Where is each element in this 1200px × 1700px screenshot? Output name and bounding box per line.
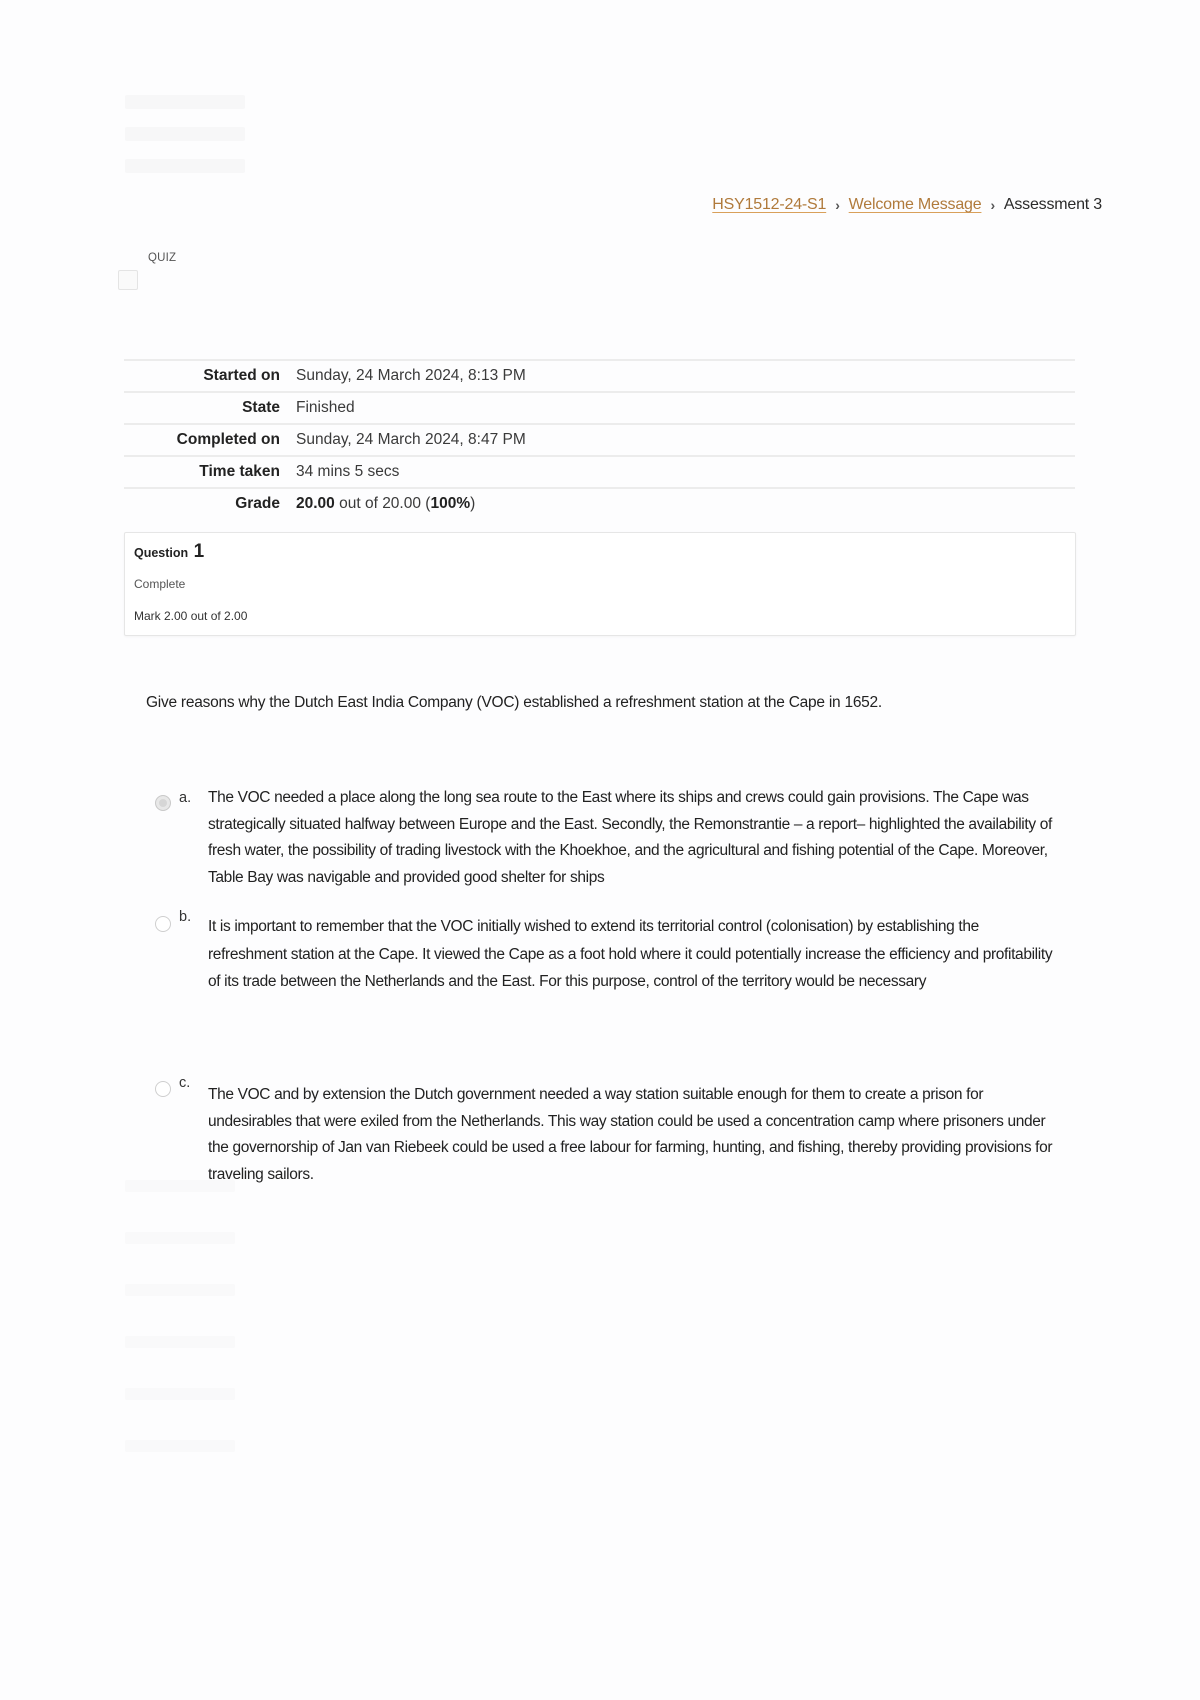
chevron-right-icon: › <box>990 197 994 213</box>
grade-score: 20.00 <box>296 495 335 512</box>
summary-label: Completed on <box>124 424 296 456</box>
question-text: Give reasons why the Dutch East India Co… <box>146 694 882 712</box>
quiz-icon <box>118 270 138 290</box>
faded-navigation <box>125 95 245 191</box>
summary-value: Sunday, 24 March 2024, 8:13 PM <box>296 360 1075 392</box>
question-label: Question <box>134 546 188 560</box>
summary-value: Sunday, 24 March 2024, 8:47 PM <box>296 424 1075 456</box>
answer-text: The VOC needed a place along the long se… <box>208 785 1058 891</box>
answer-letter: b. <box>179 909 191 925</box>
radio-button-a[interactable] <box>155 795 171 811</box>
faded-sidebar <box>125 1180 235 1492</box>
breadcrumb-section-link[interactable]: Welcome Message <box>849 196 982 214</box>
summary-row-state: State Finished <box>124 392 1075 424</box>
grade-out-of: out of 20.00 ( <box>335 495 431 512</box>
summary-value: 34 mins 5 secs <box>296 456 1075 488</box>
grade-percent: 100% <box>430 495 470 512</box>
attempt-summary-table: Started on Sunday, 24 March 2024, 8:13 P… <box>124 359 1075 519</box>
question-number-value: 1 <box>194 541 205 562</box>
summary-label: Time taken <box>124 456 296 488</box>
breadcrumb-course-link[interactable]: HSY1512-24-S1 <box>712 196 826 214</box>
answer-text: It is important to remember that the VOC… <box>208 913 1058 996</box>
activity-header: QUIZ <box>118 250 176 290</box>
chevron-right-icon: › <box>835 197 839 213</box>
question-state: Complete <box>134 577 185 591</box>
summary-row-time-taken: Time taken 34 mins 5 secs <box>124 456 1075 488</box>
summary-label: Started on <box>124 360 296 392</box>
summary-value: Finished <box>296 392 1075 424</box>
question-number: Question 1 <box>134 541 204 563</box>
summary-label: Grade <box>124 488 296 519</box>
question-mark: Mark 2.00 out of 2.00 <box>134 609 247 623</box>
summary-label: State <box>124 392 296 424</box>
question-info-box: Question 1 Complete Mark 2.00 out of 2.0… <box>124 532 1076 636</box>
radio-button-c[interactable] <box>155 1081 171 1097</box>
summary-row-completed: Completed on Sunday, 24 March 2024, 8:47… <box>124 424 1075 456</box>
radio-button-b[interactable] <box>155 916 171 932</box>
answer-text: The VOC and by extension the Dutch gover… <box>208 1082 1058 1188</box>
breadcrumb-current: Assessment 3 <box>1004 196 1102 214</box>
grade-value: 20.00 out of 20.00 (100%) <box>296 488 1075 519</box>
summary-row-grade: Grade 20.00 out of 20.00 (100%) <box>124 488 1075 519</box>
activity-type-label: QUIZ <box>148 252 176 264</box>
grade-close: ) <box>470 495 475 512</box>
answer-letter: c. <box>179 1075 190 1091</box>
summary-row-started: Started on Sunday, 24 March 2024, 8:13 P… <box>124 360 1075 392</box>
breadcrumb: HSY1512-24-S1 › Welcome Message › Assess… <box>712 196 1102 214</box>
answer-letter: a. <box>179 790 191 806</box>
